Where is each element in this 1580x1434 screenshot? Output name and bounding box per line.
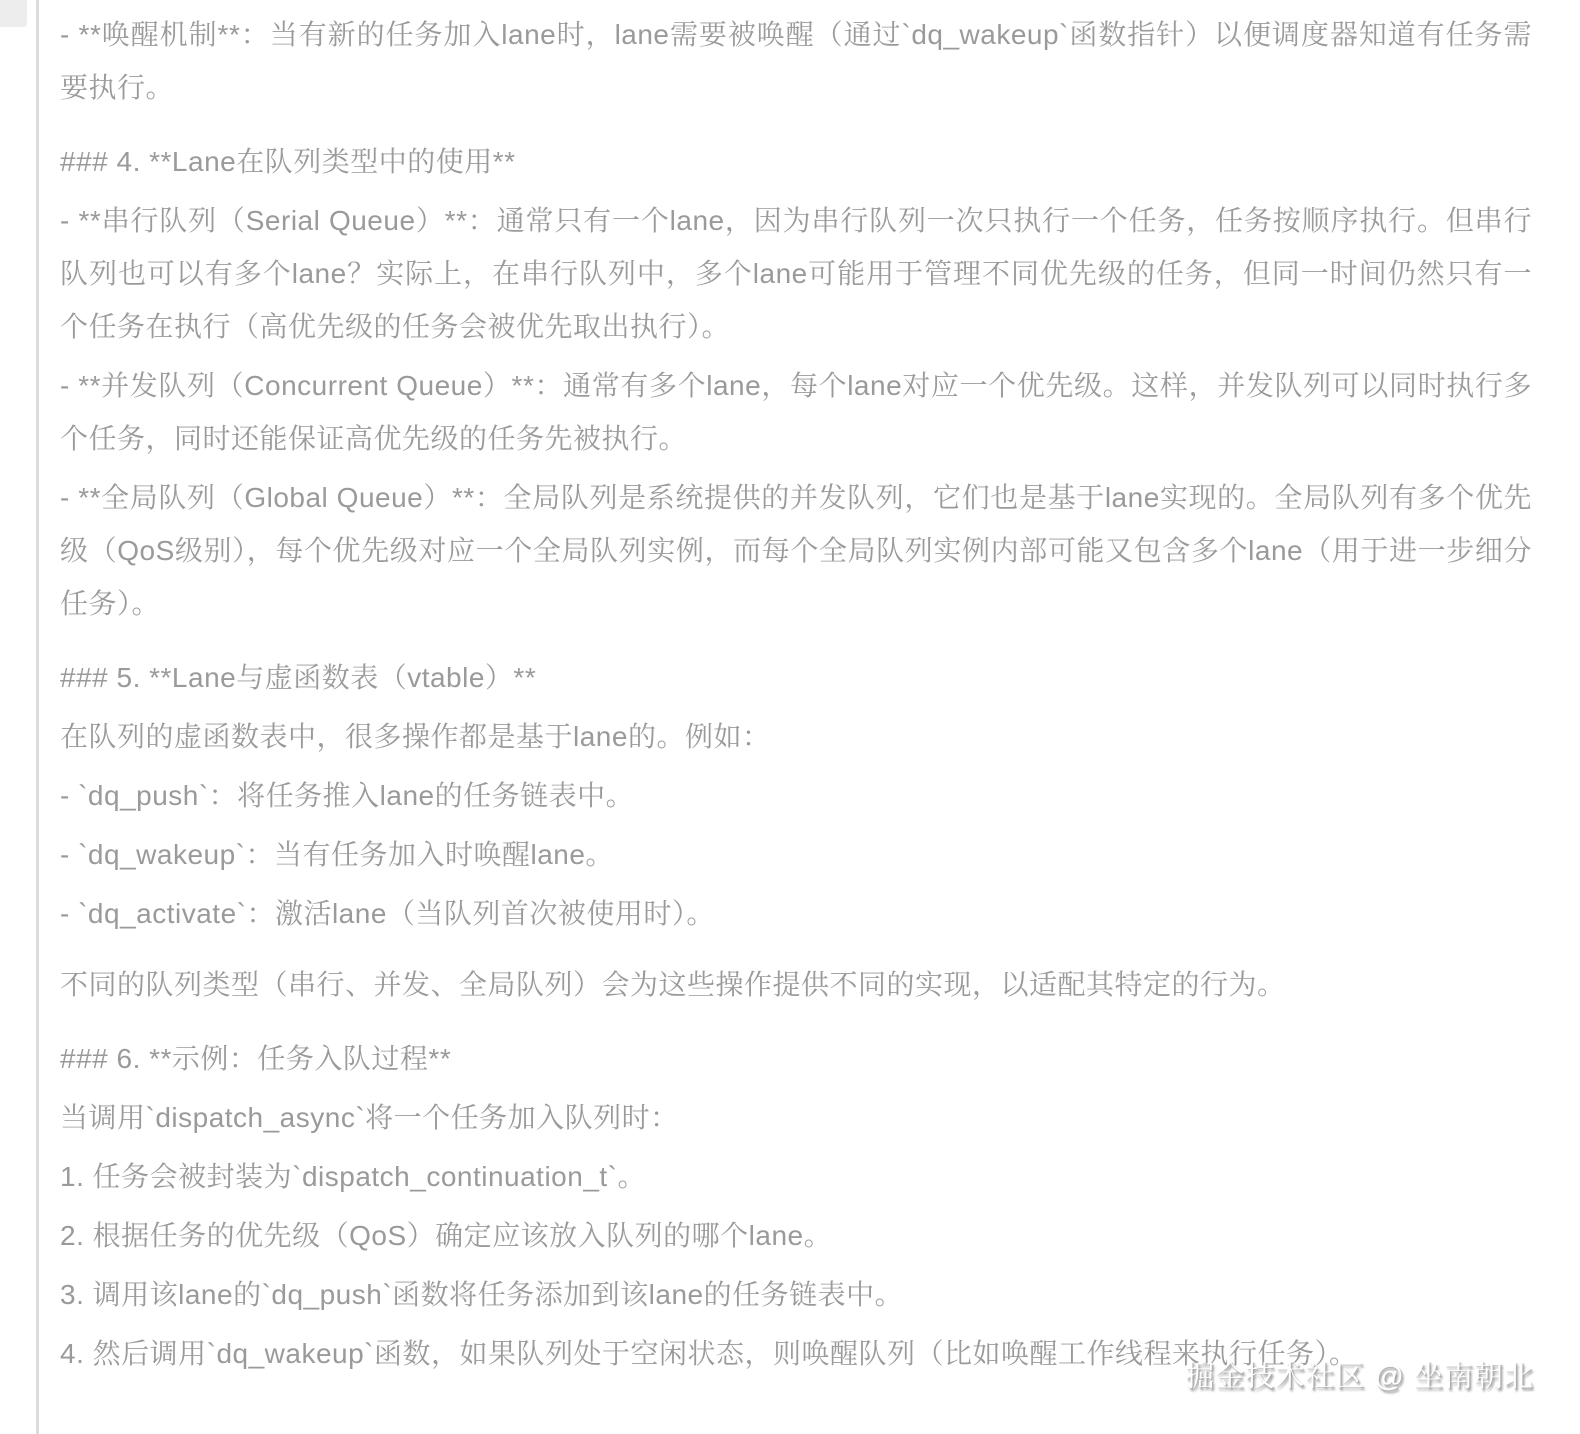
paragraph-dispatch-async-intro: 当调用`dispatch_async`将一个任务加入队列时：	[60, 1091, 1532, 1144]
paragraph-serial-queue: - **串行队列（Serial Queue）**：通常只有一个lane，因为串行…	[60, 194, 1532, 353]
left-divider	[36, 0, 39, 1434]
section-heading-6: ### 6. **示例：任务入队过程**	[60, 1032, 1532, 1085]
paragraph-vtable-intro: 在队列的虚函数表中，很多操作都是基于lane的。例如：	[60, 710, 1532, 763]
section-heading-5: ### 5. **Lane与虚函数表（vtable）**	[60, 651, 1532, 704]
list-item-step-1: 1. 任务会被封装为`dispatch_continuation_t`。	[60, 1150, 1532, 1203]
list-item-step-3: 3. 调用该lane的`dq_push`函数将任务添加到该lane的任务链表中。	[60, 1268, 1532, 1321]
section-heading-4: ### 4. **Lane在队列类型中的使用**	[60, 135, 1532, 188]
list-item-step-2: 2. 根据任务的优先级（QoS）确定应该放入队列的哪个lane。	[60, 1209, 1532, 1262]
list-item-dq-push: - `dq_push`：将任务推入lane的任务链表中。	[60, 769, 1532, 822]
article-page: - **唤醒机制**：当有新的任务加入lane时，lane需要被唤醒（通过`dq…	[0, 0, 1580, 1434]
list-item-dq-wakeup: - `dq_wakeup`：当有任务加入时唤醒lane。	[60, 828, 1532, 881]
paragraph-concurrent-queue: - **并发队列（Concurrent Queue）**：通常有多个lane，每…	[60, 359, 1532, 465]
article-body: - **唤醒机制**：当有新的任务加入lane时，lane需要被唤醒（通过`dq…	[60, 0, 1532, 1386]
corner-block	[0, 0, 27, 27]
paragraph-queue-types-impl: 不同的队列类型（串行、并发、全局队列）会为这些操作提供不同的实现，以适配其特定的…	[60, 958, 1532, 1011]
watermark: 掘金技术社区 @ 坐南朝北	[1185, 1354, 1534, 1395]
paragraph-global-queue: - **全局队列（Global Queue）**：全局队列是系统提供的并发队列，…	[60, 471, 1532, 630]
list-item-dq-activate: - `dq_activate`：激活lane（当队列首次被使用时）。	[60, 887, 1532, 940]
paragraph-wakeup-mechanism: - **唤醒机制**：当有新的任务加入lane时，lane需要被唤醒（通过`dq…	[60, 8, 1532, 114]
